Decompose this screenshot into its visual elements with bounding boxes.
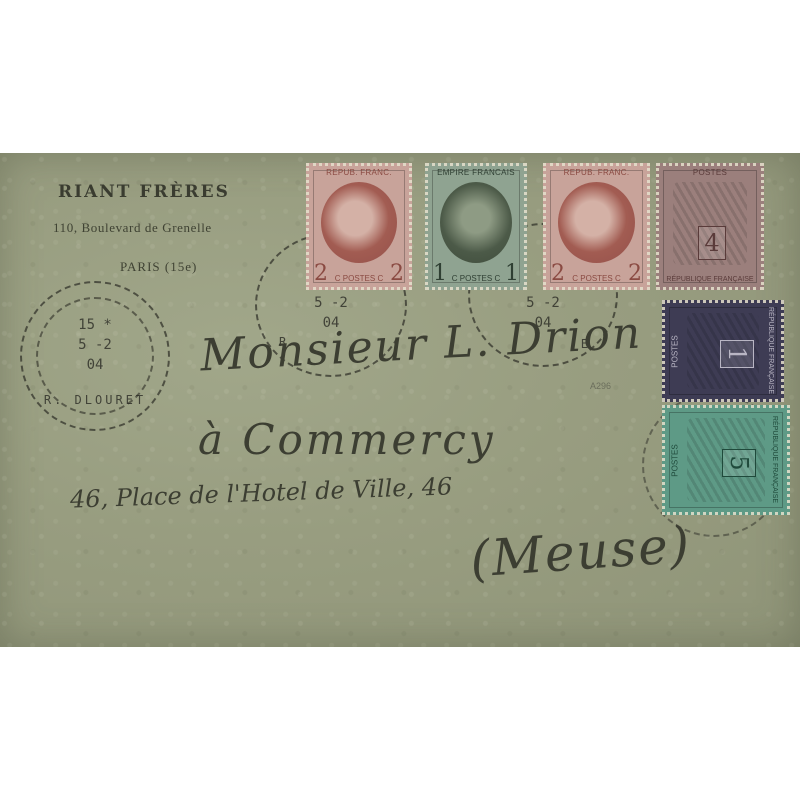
stamp-value-right: 1 — [505, 261, 519, 286]
postmark-time: 15 * — [22, 317, 168, 333]
napoleon-portrait — [440, 182, 512, 263]
envelope: RIANT FRÈRES 110, Boulevard de Grenelle … — [0, 153, 800, 647]
postmark-date: 5 -2 — [22, 337, 168, 353]
stamp-value-right: 2 — [390, 261, 404, 286]
stamp-bottom-text: RÉPUBLIQUE FRANÇAISE — [771, 416, 778, 503]
letterhead-city: PARIS (15e) — [120, 259, 197, 275]
letterhead-company-name: RIANT FRÈRES — [58, 182, 230, 202]
postmark-year: 04 — [22, 357, 168, 373]
stamp-value: 5 — [722, 449, 756, 477]
stamp-sage-5c: 5 POSTES RÉPUBLIQUE FRANÇAISE — [662, 405, 790, 515]
postmark-date: 5 -2 — [470, 295, 616, 311]
pencil-note: A296 — [590, 381, 611, 391]
stamp-value-right: 2 — [628, 261, 642, 286]
stamp-value: 4 — [698, 226, 726, 260]
postmark-left: 15 * 5 -2 04 R. DLOURET — [20, 281, 170, 431]
stamp-ceres-2c-2: REPUB. FRANC. C POSTES C 2 2 — [543, 163, 650, 290]
stamp-value-left: 2 — [551, 261, 565, 286]
postmark-location: R. DLOURET — [22, 393, 168, 407]
stamp-top-text: POSTES — [671, 444, 680, 476]
stamp-bottom-text: RÉPUBLIQUE FRANÇAISE — [767, 307, 774, 394]
stamp-sage-4c: POSTES 4 RÉPUBLIQUE FRANÇAISE — [656, 163, 764, 290]
stamp-top-text: EMPIRE FRANCAIS — [428, 168, 524, 177]
letterhead-address: 110, Boulevard de Grenelle — [53, 220, 212, 236]
stamp-value-left: 1 — [433, 261, 447, 286]
stamp-bottom-text: RÉPUBLIQUE FRANÇAISE — [659, 276, 761, 283]
stamp-sage-1c: 1 POSTES RÉPUBLIQUE FRANÇAISE — [662, 300, 784, 402]
postmark-date: 5 -2 — [257, 295, 405, 311]
stamp-value: 1 — [720, 340, 754, 368]
addressee-street: 46, Place de l'Hotel de Ville, 46 — [70, 472, 453, 513]
stamp-top-text: POSTES — [659, 168, 761, 177]
stamp-value-left: 2 — [314, 261, 328, 286]
stamp-top-text: REPUB. FRANC. — [309, 168, 409, 177]
stamp-top-text: POSTES — [671, 335, 680, 367]
stamp-ceres-2c-1: REPUB. FRANC. C POSTES C 2 2 — [306, 163, 412, 290]
addressee-town: à Commercy — [198, 415, 496, 464]
stamp-napoleon-1c: EMPIRE FRANCAIS C POSTES C 1 1 — [425, 163, 527, 290]
ceres-portrait — [558, 182, 635, 263]
ceres-portrait — [321, 182, 397, 263]
stamp-top-text: REPUB. FRANC. — [546, 168, 647, 177]
addressee-department: (Meuse) — [468, 515, 693, 588]
